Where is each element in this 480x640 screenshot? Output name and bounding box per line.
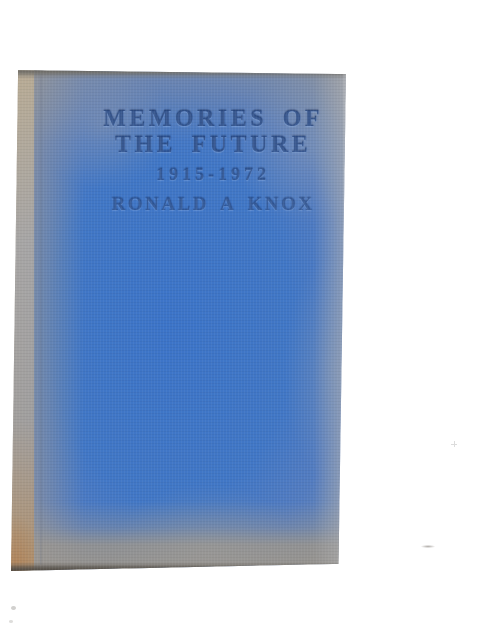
cover-bottom-edge: [10, 562, 348, 573]
cover-top-edge: [10, 64, 348, 79]
photo-background: MEMORIES OF THE FUTURE 1915-1972 RONALD …: [0, 0, 480, 640]
background-speck: [421, 545, 435, 548]
title-line-1: MEMORIES OF: [60, 106, 366, 132]
background-speck: [9, 620, 13, 623]
background-speck: [11, 606, 16, 610]
cover-fading-mottle: [34, 64, 348, 573]
spine-fold-groove: [40, 70, 43, 565]
cover-title-block: MEMORIES OF THE FUTURE 1915-1972 RONALD …: [60, 106, 366, 216]
cover-right-edge: [342, 72, 348, 565]
author-line: RONALD A KNOX: [60, 194, 366, 216]
years-line: 1915-1972: [60, 164, 366, 184]
book: MEMORIES OF THE FUTURE 1915-1972 RONALD …: [10, 64, 348, 573]
background-speck: [451, 441, 457, 447]
title-line-2: THE FUTURE: [60, 132, 366, 158]
front-cover: MEMORIES OF THE FUTURE 1915-1972 RONALD …: [34, 64, 348, 573]
